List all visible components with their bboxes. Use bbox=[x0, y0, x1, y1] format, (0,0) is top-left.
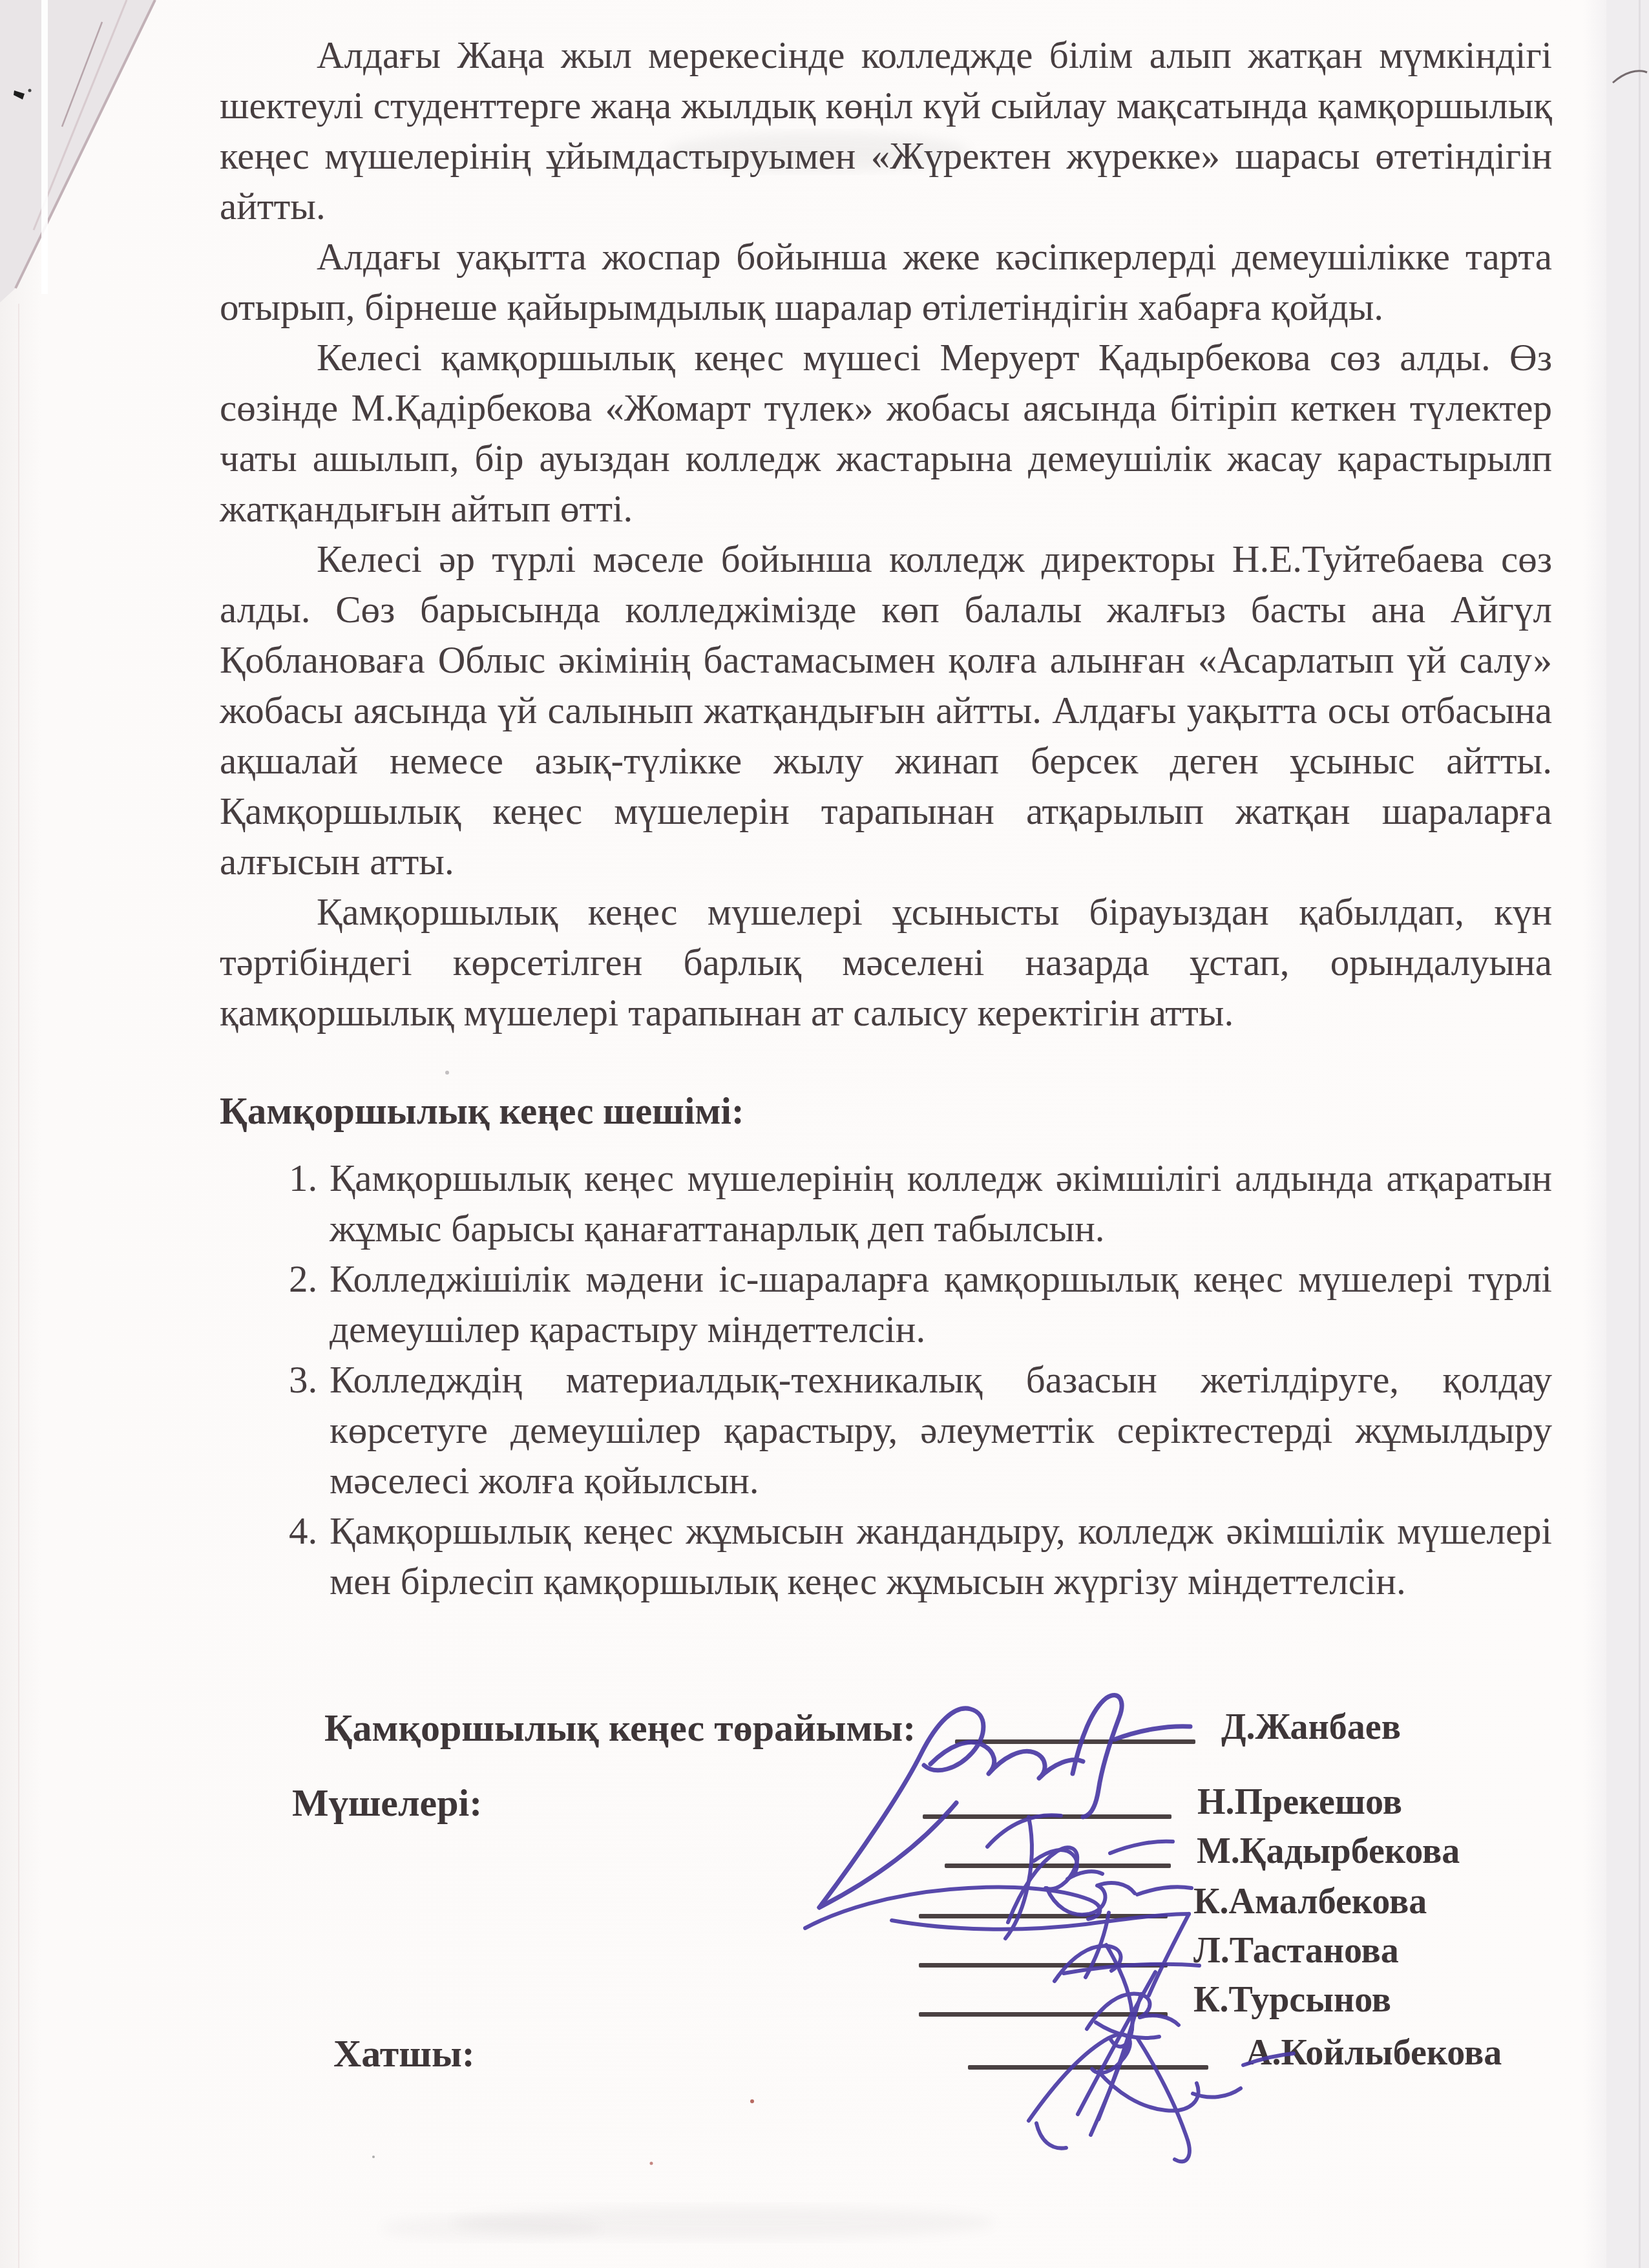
signature-line bbox=[923, 1814, 1171, 1819]
chair-label: Қамқоршылық кеңес төрайымы: bbox=[324, 1706, 916, 1750]
signature-row-chair: Д.Жанбаев bbox=[955, 1706, 1401, 1748]
signature-line bbox=[955, 1739, 1195, 1744]
chair-name: Д.Жанбаев bbox=[1221, 1707, 1401, 1747]
signature-row-member-3: К.Амалбекова bbox=[919, 1880, 1427, 1923]
page-right-edge bbox=[1606, 0, 1649, 2268]
member-name-3: К.Амалбекова bbox=[1193, 1882, 1427, 1922]
paragraph-3: Келесі қамқоршылық кеңес мүшесі Меруерт … bbox=[220, 332, 1552, 534]
signature-line bbox=[919, 1914, 1168, 1918]
member-name-4: Л.Тастанова bbox=[1193, 1931, 1399, 1971]
ink-blot bbox=[14, 90, 25, 100]
bleed-ghost bbox=[452, 2206, 995, 2240]
signature-line bbox=[919, 1963, 1168, 1968]
paragraph-2: Алдағы уақытта жоспар бойынша жеке кәсіп… bbox=[220, 231, 1552, 332]
paragraph-1: Алдағы Жаңа жыл мерекесінде колледжде бі… bbox=[220, 30, 1552, 231]
member-name-5: К.Турсынов bbox=[1193, 1980, 1391, 2020]
signature-row-member-2: М.Қадырбекова bbox=[945, 1830, 1460, 1873]
signature-line bbox=[945, 1864, 1171, 1868]
speck bbox=[750, 2099, 754, 2103]
speck bbox=[372, 2156, 375, 2158]
decision-item-2: Колледжішілік мәдени іс-шараларға қамқор… bbox=[327, 1254, 1552, 1354]
decision-list: Қамқоршылық кеңес мүшелерінің колледж әк… bbox=[220, 1153, 1552, 1606]
signature-row-member-5: К.Турсынов bbox=[919, 1979, 1391, 2021]
members-label: Мүшелері: bbox=[292, 1781, 482, 1825]
member-name-2: М.Қадырбекова bbox=[1197, 1831, 1460, 1871]
signature-line bbox=[968, 2065, 1208, 2070]
document-text: Алдағы Жаңа жыл мерекесінде колледжде бі… bbox=[220, 30, 1552, 1606]
decision-item-3: Колледждің материалдық-техникалық базасы… bbox=[327, 1354, 1552, 1506]
signature-row-secretary: А.Койлыбекова bbox=[968, 2032, 1502, 2074]
bleed-ghost bbox=[381, 2215, 601, 2241]
secretary-name: А.Койлыбекова bbox=[1246, 2033, 1502, 2073]
secretary-label: Хатшы: bbox=[333, 2032, 475, 2075]
left-edge-line bbox=[18, 304, 19, 2268]
paragraph-5: Қамқоршылық кеңес мүшелері ұсынысты біра… bbox=[220, 887, 1552, 1038]
member-name-1: Н.Прекешов bbox=[1197, 1782, 1402, 1822]
speck bbox=[650, 2162, 653, 2165]
decision-heading: Қамқоршылық кеңес шешімі: bbox=[220, 1086, 1552, 1136]
decision-item-1: Қамқоршылық кеңес мүшелерінің колледж әк… bbox=[327, 1153, 1552, 1254]
corner-fold bbox=[0, 0, 155, 302]
paragraph-4: Келесі әр түрлі мәселе бойынша колледж д… bbox=[220, 534, 1552, 887]
signature-row-member-4: Л.Тастанова bbox=[919, 1929, 1399, 1972]
scanned-page: Алдағы Жаңа жыл мерекесінде колледжде бі… bbox=[0, 0, 1649, 2268]
signature-line bbox=[919, 2012, 1168, 2017]
decision-item-4: Қамқоршылық кеңес жұмысын жандандыру, ко… bbox=[327, 1506, 1552, 1606]
signature-row-member-1: Н.Прекешов bbox=[923, 1781, 1402, 1823]
